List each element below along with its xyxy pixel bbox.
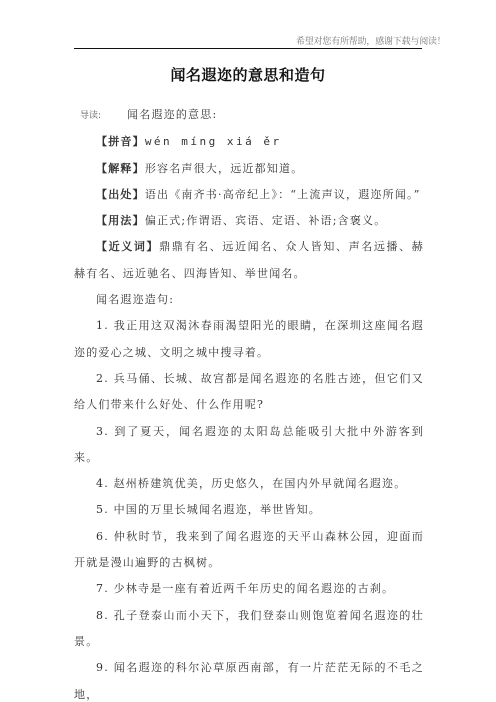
lead-label: 导读: — [80, 111, 101, 121]
lead-text: 闻名遐迩的意思: — [127, 108, 217, 121]
header-rule — [74, 48, 422, 49]
document-title: 闻名遐迩的意思和造句 — [0, 64, 496, 85]
entry-pinyin: 【拼音】wén míng xiá ěr — [74, 129, 424, 155]
example-sentence: 3. 到了夏天，闻名遐迩的太阳岛总能吸引大批中外游客到来。 — [74, 419, 424, 472]
page-header-note: 希望对您有所帮助，感谢下载与阅读！ — [296, 34, 422, 47]
lead-paragraph: 导读:闻名遐迩的意思: — [74, 102, 424, 129]
example-sentence: 1. 我正用这双渴沐春雨渴望阳光的眼睛，在深圳这座闻名遐迩的爱心之城、文明之城中… — [74, 313, 424, 366]
entry-synonyms: 【近义词】鼎鼎有名、远近闻名、众人皆知、声名远播、赫赫有名、远近驰名、四海皆知、… — [74, 234, 424, 287]
entry-key: 【拼音】 — [96, 135, 145, 148]
entry-value: 偏正式;作谓语、宾语、定语、补语;含褒义。 — [145, 214, 387, 227]
example-sentence: 2. 兵马俑、长城、故宫都是闻名遐迩的名胜古迹，但它们又给人们带来什么好处、什么… — [74, 366, 424, 419]
entry-explanation: 【解释】形容名声很大，远近都知道。 — [74, 156, 424, 182]
entry-key: 【用法】 — [96, 214, 145, 227]
example-sentence: 5. 中国的万里长城闻名遐迩，举世皆知。 — [74, 497, 424, 523]
entry-key: 【近义词】 — [96, 240, 159, 253]
examples-heading: 闻名遐迩造句: — [74, 287, 424, 313]
example-sentence: 6. 仲秋时节，我来到了闻名遐迩的天平山森林公园，迎面而开就是漫山遍野的古枫树。 — [74, 524, 424, 577]
entry-usage: 【用法】偏正式;作谓语、宾语、定语、补语;含褒义。 — [74, 208, 424, 234]
example-sentence: 8. 孔子登泰山而小天下，我们登泰山则饱览着闻名遐迩的壮景。 — [74, 603, 424, 656]
entry-key: 【解释】 — [96, 162, 145, 175]
document-body: 导读:闻名遐迩的意思: 【拼音】wén míng xiá ěr 【解释】形容名声… — [74, 102, 424, 702]
example-sentence: 7. 少林寺是一座有着近两千年历史的闻名遐迩的古刹。 — [74, 576, 424, 602]
example-sentence: 9. 闻名遐迩的科尔沁草原西南部，有一片茫茫无际的不毛之地， — [74, 655, 424, 702]
entry-source: 【出处】语出《南齐书·高帝纪上》：“上流声议，遐迩所闻。” — [74, 182, 424, 208]
entry-value: 语出《南齐书·高帝纪上》：“上流声议，遐迩所闻。” — [145, 188, 421, 201]
entry-value: 形容名声很大，远近都知道。 — [145, 162, 304, 175]
example-sentence: 4. 赵州桥建筑优美，历史悠久，在国内外早就闻名遐迩。 — [74, 471, 424, 497]
entry-value: wén míng xiá ěr — [145, 135, 282, 148]
entry-key: 【出处】 — [96, 188, 145, 201]
